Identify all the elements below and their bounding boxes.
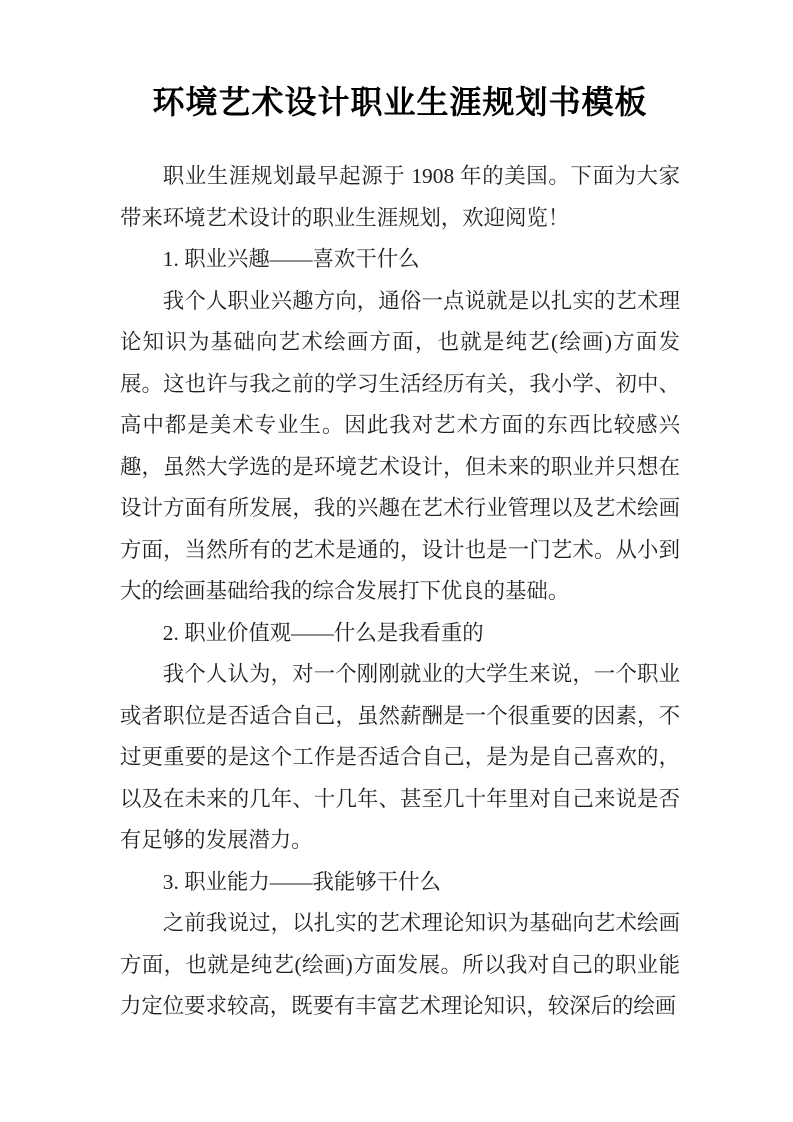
body-paragraph: 之前我说过，以扎实的艺术理论知识为基础向艺术绘画方面，也就是纯艺(绘画)方面发展… <box>120 903 680 1028</box>
document-page: 环境艺术设计职业生涯规划书模板 职业生涯规划最早起源于 1908 年的美国。下面… <box>0 0 793 1122</box>
document-title: 环境艺术设计职业生涯规划书模板 <box>120 78 680 126</box>
body-paragraph: 我个人职业兴趣方向，通俗一点说就是以扎实的艺术理论知识为基础向艺术绘画方面，也就… <box>120 281 680 613</box>
section-heading: 3. 职业能力——我能够干什么 <box>120 862 680 904</box>
section-heading: 1. 职业兴趣——喜欢干什么 <box>120 239 680 281</box>
section-heading: 2. 职业价值观——什么是我看重的 <box>120 613 680 655</box>
document-body: 职业生涯规划最早起源于 1908 年的美国。下面为大家带来环境艺术设计的职业生涯… <box>120 156 680 1028</box>
body-paragraph: 我个人认为，对一个刚刚就业的大学生来说，一个职业或者职位是否适合自己，虽然薪酬是… <box>120 654 680 862</box>
body-paragraph: 职业生涯规划最早起源于 1908 年的美国。下面为大家带来环境艺术设计的职业生涯… <box>120 156 680 239</box>
